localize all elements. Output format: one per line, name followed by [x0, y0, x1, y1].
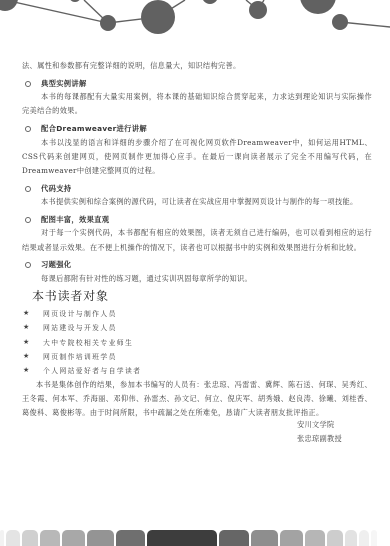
readers-section-title: 本书读者对象: [32, 288, 372, 304]
page-tab-15: [371, 530, 377, 546]
page-tab-10: [280, 530, 303, 546]
page-tab-0: [0, 530, 4, 546]
intro-tail-text: 法、属性和参数都有完整详细的说明，信息量大，知识结构完善。: [22, 59, 372, 73]
page-tab-9: [251, 530, 278, 546]
list-item: ★ 个人网站爱好者与自学读者: [22, 363, 372, 377]
circle-bullet-icon: [25, 262, 31, 268]
feature-title: 配图丰富，效果直观: [41, 215, 109, 225]
page-tab-1: [6, 530, 20, 546]
page-tab-11: [305, 530, 325, 546]
circle-bullet-icon: [25, 186, 31, 192]
signature-block: 安川文学院 张忠琼副教授: [297, 418, 342, 446]
star-icon: ★: [23, 338, 31, 346]
reader-label: 网页设计与制作人员: [43, 308, 117, 318]
circle-bullet-icon: [25, 81, 31, 87]
feature-body: 每课后都附有针对性的练习题，通过实训巩固每章所学的知识。: [41, 272, 372, 286]
page-tab-3: [40, 530, 60, 546]
reader-label: 网页制作培训班学员: [43, 351, 117, 361]
page-tab-6: [116, 530, 145, 546]
page-tab-14: [359, 530, 369, 546]
star-icon: ★: [23, 323, 31, 331]
reader-label: 个人网站爱好者与自学读者: [43, 365, 141, 375]
feature-body: 本书提供实例和综合案例的源代码，可让读者在实战应用中掌握网页设计与制作的每一项技…: [41, 195, 372, 209]
feature-dreamweaver: 配合Dreamweaver进行讲解 本书以浅显的语言和详细的步骤介绍了在可视化网…: [22, 123, 372, 179]
list-item: ★ 网页制作培训班学员: [22, 349, 372, 363]
star-icon: ★: [23, 366, 31, 374]
page-tab-4: [62, 530, 85, 546]
list-item: ★ 网站建设与开发人员: [22, 320, 372, 334]
molecule-decoration: [0, 0, 390, 40]
reader-list: ★ 网页设计与制作人员 ★ 网站建设与开发人员 ★ 大中专院校相关专业师生 ★ …: [22, 306, 372, 377]
feature-title: 典型实例讲解: [41, 79, 87, 89]
circle-bullet-icon: [25, 217, 31, 223]
feature-title: 习题强化: [41, 260, 71, 270]
page-tab-13: [345, 530, 357, 546]
page-tab-strip: [0, 530, 390, 546]
list-item: ★ 大中专院校相关专业师生: [22, 334, 372, 348]
page-tab-5: [87, 530, 114, 546]
page-tab-7: [147, 530, 217, 546]
reader-label: 大中专院校相关专业师生: [43, 337, 133, 347]
preface-body: 法、属性和参数都有完整详细的说明，信息量大，知识结构完善。 典型实例讲解 本书的…: [22, 59, 372, 421]
star-icon: ★: [23, 309, 31, 317]
feature-rich-figures: 配图丰富，效果直观 对于每一个实例代码，本书都配有相应的效果图，读者无须自己进行…: [22, 213, 372, 254]
feature-body: 对于每一个实例代码，本书都配有相应的效果图，读者无须自己进行编码，也可以看到相应…: [22, 226, 372, 254]
list-item: ★ 网页设计与制作人员: [22, 306, 372, 320]
feature-body: 本书的每课都配有大量实用案例，将本课的基础知识综合贯穿起来，力求达到理论知识与实…: [22, 90, 372, 118]
feature-typical-examples: 典型实例讲解 本书的每课都配有大量实用案例，将本课的基础知识综合贯穿起来，力求达…: [22, 77, 372, 118]
page-tab-2: [22, 530, 38, 546]
page-tab-12: [327, 530, 343, 546]
reader-label: 网站建设与开发人员: [43, 322, 117, 332]
feature-title: 代码支持: [41, 184, 71, 194]
star-icon: ★: [23, 352, 31, 360]
page-tab-8: [219, 530, 249, 546]
feature-code-support: 代码支持 本书提供实例和综合案例的源代码，可让读者在实战应用中掌握网页设计与制作…: [22, 182, 372, 209]
feature-exercises: 习题强化 每课后都附有针对性的练习题，通过实训巩固每章所学的知识。: [22, 259, 372, 286]
signature-author: 张忠琼副教授: [297, 432, 342, 446]
circle-bullet-icon: [25, 126, 31, 132]
feature-body: 本书以浅显的语言和详细的步骤介绍了在可视化网页软件Dreamweaver中，如何…: [22, 136, 372, 179]
closing-paragraph: 本书是集体创作的结果，参加本书编写的人员有：张忠琼、冯雷雷、冀辉、陈石送、何琛、…: [22, 378, 372, 421]
feature-title: 配合Dreamweaver进行讲解: [41, 124, 147, 134]
signature-org: 安川文学院: [297, 418, 342, 432]
